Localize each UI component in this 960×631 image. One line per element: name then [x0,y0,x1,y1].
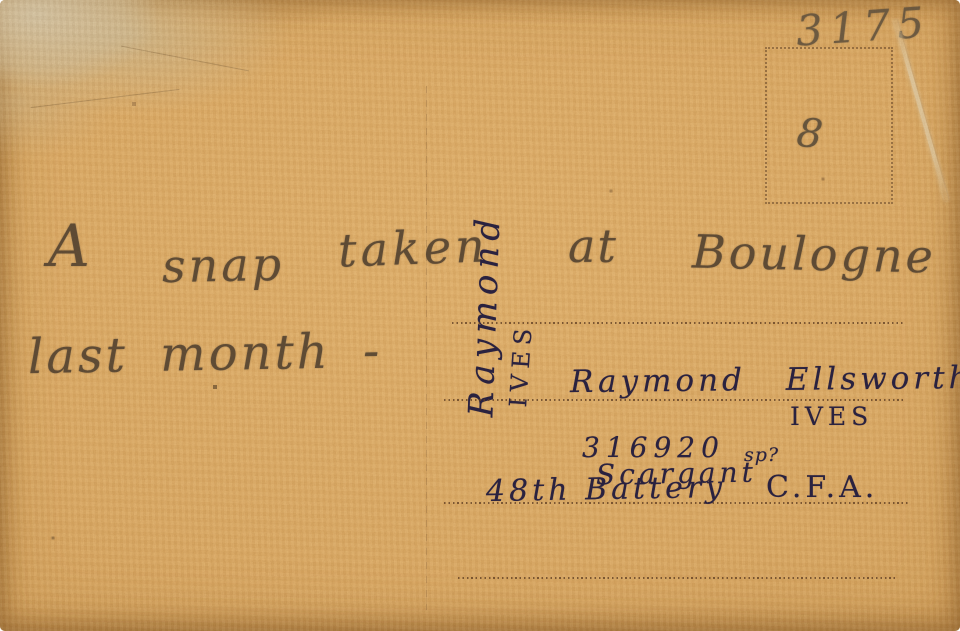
stamp-box-value: 8 [794,110,825,159]
postcard-divider-line [426,86,427,610]
message-line2: last month - [28,323,383,385]
message-word: A [48,212,90,280]
message-word: at [568,219,618,273]
paper-crack-line [121,46,249,72]
paper-crack-line [30,89,179,108]
address-dotted-line [458,577,898,579]
paper-specks [0,0,2,2]
address-corps: C.F.A. [766,470,878,505]
postcard-back: 3175 8 A snap taken at Boulogne last mon… [0,0,960,631]
stamp-box: 8 [765,47,893,204]
address-surname: IVES [790,402,873,431]
address-unit: 48th Battery [486,470,727,509]
message-word: snap [162,237,285,293]
message-word-place: Boulogne [691,224,936,283]
torn-paper-damage [0,0,340,200]
address-rank-annotation: sp? [744,444,779,466]
address-name: Raymond Ellsworth [570,360,960,400]
